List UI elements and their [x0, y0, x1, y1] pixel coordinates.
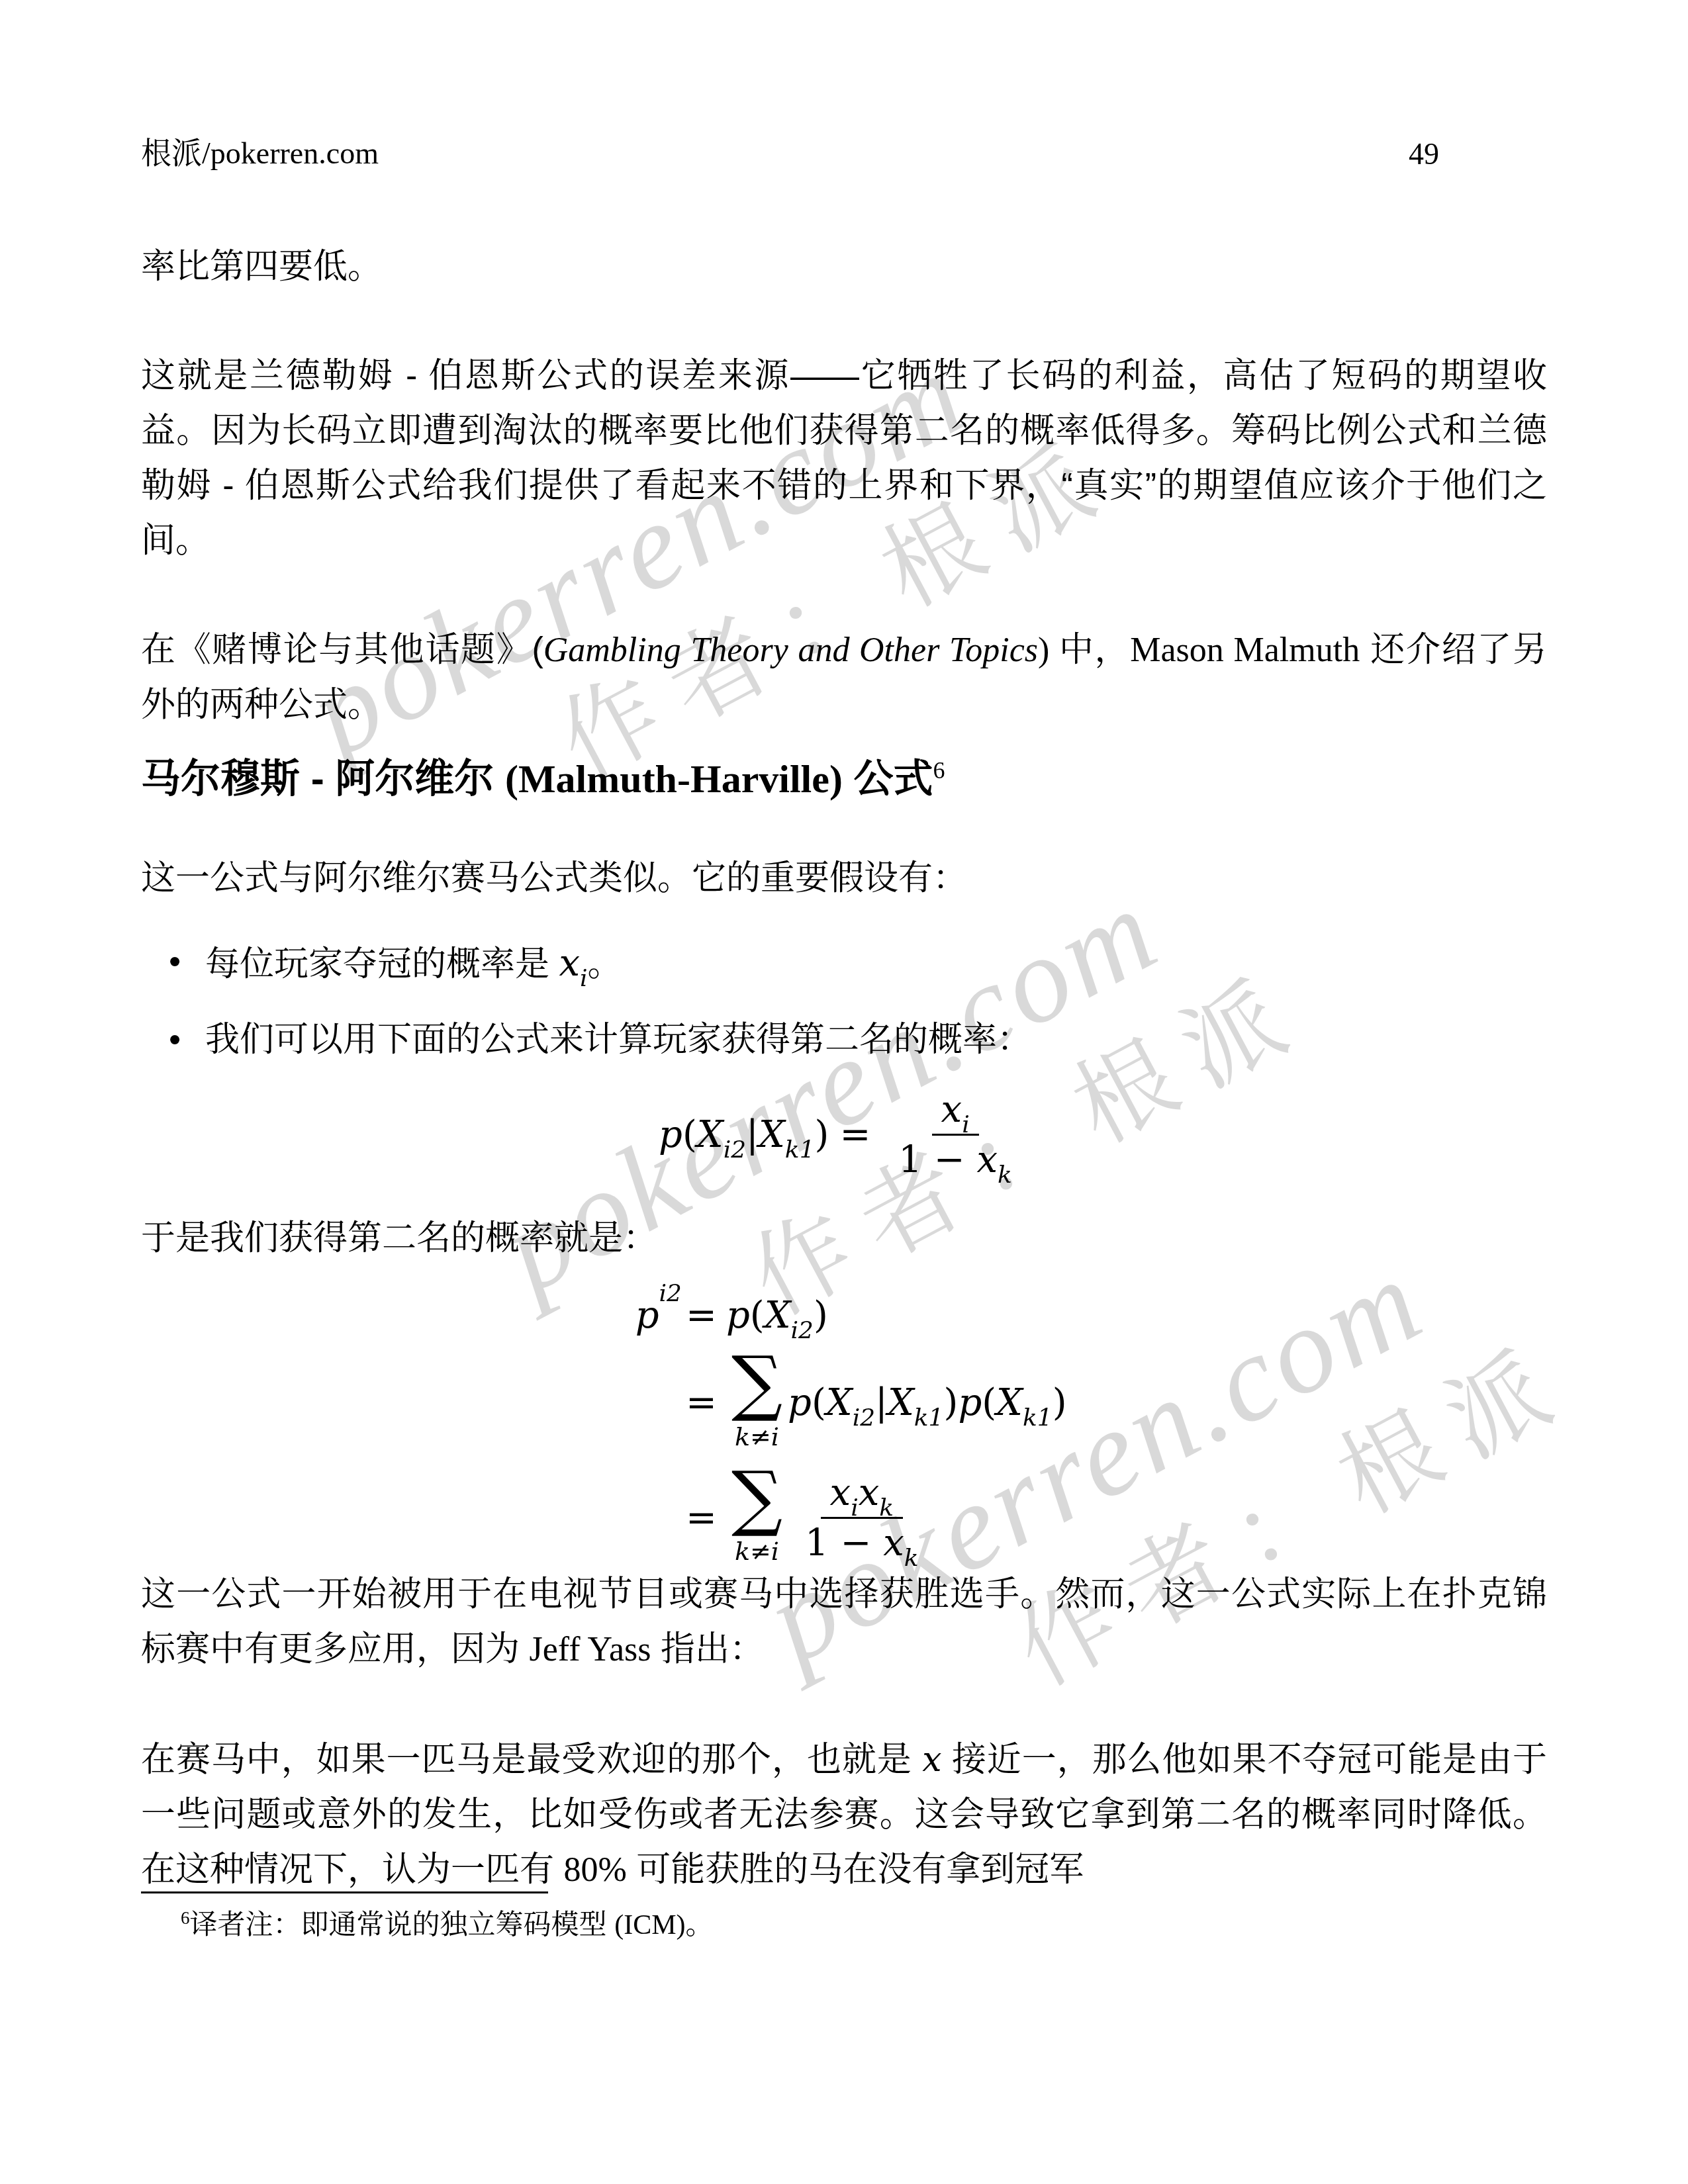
- math-x: x: [559, 942, 580, 985]
- footnote-text: 译者注：即通常说的独立筹码模型: [190, 1909, 615, 1940]
- fraction-denominator: 1 − xk: [796, 1519, 928, 1567]
- eq1-lhs: pi2: [616, 1294, 682, 1337]
- list-item-2: • 我们可以用下面的公式来计算玩家获得第二名的概率：: [169, 1018, 1546, 1063]
- math-p: p: [958, 1381, 982, 1424]
- sigma-symbol: ∑: [731, 1354, 782, 1413]
- fraction-denominator: 1 − xk: [889, 1136, 1021, 1184]
- heading-latin: (Malmuth-Harville): [505, 757, 843, 801]
- formula1-lhs: p(Xi2|Xk1): [659, 1113, 829, 1156]
- math-x: x: [922, 1740, 941, 1780]
- quote-text: 在赛马中，如果一匹马是最受欢迎的那个，也就是: [141, 1741, 922, 1779]
- heading-cjk: 马尔穆斯 - 阿尔维尔: [141, 756, 505, 801]
- paragraph-3-paren: ) 中，: [1038, 631, 1130, 669]
- running-header: 根派/pokerren.com: [141, 136, 379, 171]
- book-title: Gambling Theory and Other Topics: [543, 631, 1038, 669]
- math-sub-k: k: [998, 1161, 1012, 1189]
- math-x: x: [941, 1088, 962, 1131]
- math-X: X: [765, 1294, 791, 1337]
- math-sub-k1: k1: [1023, 1404, 1053, 1432]
- paragraph-7-quote: 在赛马中，如果一匹马是最受欢迎的那个，也就是 x 接近一，那么他如果不夺冠可能是…: [141, 1733, 1547, 1897]
- math-paren: (: [750, 1294, 765, 1337]
- fraction-numerator: xixk: [821, 1469, 904, 1519]
- paragraph-3-text: 在《赌博论与其他话题》(: [141, 631, 543, 669]
- fraction: xixk 1 − xk: [796, 1469, 928, 1567]
- math-sub-i2: i2: [724, 1136, 746, 1163]
- header-site-latin: /pokerren.com: [202, 136, 379, 170]
- math-p: p: [659, 1113, 682, 1156]
- percentage-value: 80%: [563, 1851, 626, 1889]
- summation-condition: k≠i: [735, 1422, 779, 1451]
- equation-line-2: = ∑k≠i p(Xi2|Xk1)p(Xk1): [616, 1354, 1067, 1451]
- footnote-marker: 6: [181, 1908, 190, 1928]
- math-X: X: [826, 1381, 853, 1424]
- math-one-minus: 1 −: [805, 1522, 883, 1565]
- math-p: p: [726, 1294, 750, 1337]
- list-item-1-post: 。: [588, 945, 622, 983]
- equals-sign: =: [686, 1294, 717, 1337]
- author-name: Mason Malmuth: [1130, 631, 1360, 669]
- math-paren: (: [812, 1381, 826, 1424]
- eq1-rhs: p(Xi2): [726, 1294, 828, 1337]
- math-paren: (: [982, 1381, 996, 1424]
- equals-sign: =: [839, 1113, 870, 1156]
- math-X: X: [996, 1381, 1023, 1424]
- math-X: X: [759, 1113, 785, 1156]
- math-sub-i2: i2: [659, 1294, 682, 1337]
- header-site-cjk: 根派: [141, 136, 202, 170]
- paragraph-6-text-end: 指出：: [651, 1630, 763, 1668]
- math-p: p: [788, 1381, 812, 1424]
- math-one-minus: 1 −: [898, 1138, 976, 1181]
- math-sub-i: i: [851, 1494, 859, 1522]
- math-x: x: [883, 1522, 904, 1565]
- math-paren: ): [1053, 1381, 1067, 1424]
- math-sub-k: k: [879, 1494, 894, 1522]
- footnote-text-end: 。: [686, 1909, 714, 1940]
- quote-text-end: 可能获胜的马在没有拿到冠军: [627, 1850, 1084, 1889]
- fraction-numerator: xi: [932, 1085, 979, 1136]
- paragraph-1: 率比第四要低。: [141, 240, 1547, 295]
- sigma-symbol: ∑: [731, 1469, 782, 1528]
- math-sub-i2: i2: [853, 1404, 875, 1432]
- math-X: X: [697, 1113, 724, 1156]
- footnote: 6译者注：即通常说的独立筹码模型 (ICM)。: [141, 1906, 1547, 1944]
- math-paren: ): [944, 1381, 959, 1424]
- list-item-1-text: 每位玩家夺冠的概率是 xi。: [205, 940, 622, 988]
- document-page: pokerren.com 作者：根派 pokerren.com 作者：根派 po…: [0, 0, 1688, 2184]
- paragraph-4: 这一公式与阿尔维尔赛马公式类似。它的重要假设有：: [141, 851, 1547, 906]
- equation-line-1: pi2 = p(Xi2): [616, 1294, 1067, 1337]
- math-X: X: [888, 1381, 914, 1424]
- heading-cjk-2: 公式: [843, 756, 933, 801]
- equation-derivation: pi2 = p(Xi2) = ∑k≠i p(Xi2|Xk1)p(Xk1) = ∑…: [616, 1294, 1067, 1584]
- heading-footnote-marker: 6: [933, 757, 945, 784]
- eq2-rhs: p(Xi2|Xk1)p(Xk1): [788, 1381, 1067, 1424]
- math-var-xi: xi: [559, 942, 587, 985]
- math-sub-i2: i2: [791, 1317, 814, 1344]
- equation-line-3: = ∑k≠i xixk 1 − xk: [616, 1469, 1067, 1567]
- math-bar: |: [875, 1381, 888, 1424]
- list-item-1: • 每位玩家夺冠的概率是 xi。: [169, 940, 1546, 988]
- bullet-icon: •: [169, 940, 205, 988]
- paragraph-6-text: 这一公式一开始被用于在电视节目或赛马中选择获胜选手。然而，这一公式实际上在扑克锦…: [141, 1575, 1547, 1668]
- paragraph-3: 在《赌博论与其他话题》(Gambling Theory and Other To…: [141, 623, 1547, 733]
- bullet-icon: •: [169, 1018, 205, 1063]
- footnote-icm: (ICM): [614, 1910, 685, 1940]
- math-sub-i: i: [962, 1111, 970, 1138]
- list-item-2-text: 我们可以用下面的公式来计算玩家获得第二名的概率：: [205, 1018, 1031, 1063]
- math-x: x: [977, 1138, 998, 1181]
- math-paren: ): [814, 1294, 828, 1337]
- paragraph-5: 于是我们获得第二名的概率就是：: [141, 1211, 1547, 1266]
- paragraph-2: 这就是兰德勒姆 - 伯恩斯公式的误差来源——它牺牲了长码的利益，高估了短码的期望…: [141, 349, 1547, 569]
- math-p: p: [635, 1294, 659, 1337]
- page-number: 49: [1409, 136, 1439, 171]
- math-x: x: [859, 1471, 880, 1514]
- summation: ∑k≠i: [731, 1469, 782, 1567]
- section-heading: 马尔穆斯 - 阿尔维尔 (Malmuth-Harville) 公式6: [141, 756, 945, 802]
- equals-sign: =: [686, 1381, 717, 1424]
- list-item-1-pre: 每位玩家夺冠的概率是: [205, 945, 559, 983]
- paragraph-6: 这一公式一开始被用于在电视节目或赛马中选择获胜选手。然而，这一公式实际上在扑克锦…: [141, 1567, 1547, 1677]
- math-x: x: [830, 1471, 851, 1514]
- math-paren: ): [815, 1113, 829, 1156]
- footnote-rule: [141, 1891, 548, 1893]
- person-name: Jeff Yass: [529, 1631, 651, 1668]
- math-x-sub: i: [580, 965, 588, 992]
- equals-sign: =: [686, 1496, 717, 1539]
- math-paren: (: [682, 1113, 697, 1156]
- math-bar: |: [746, 1113, 759, 1156]
- fraction: xi 1 − xk: [889, 1085, 1021, 1184]
- summation-condition: k≠i: [735, 1537, 779, 1566]
- formula-conditional-probability: p(Xi2|Xk1) = xi 1 − xk: [141, 1085, 1547, 1184]
- summation: ∑k≠i: [731, 1354, 782, 1451]
- math-sub-k1: k1: [914, 1404, 944, 1432]
- math-sub-k1: k1: [785, 1136, 815, 1163]
